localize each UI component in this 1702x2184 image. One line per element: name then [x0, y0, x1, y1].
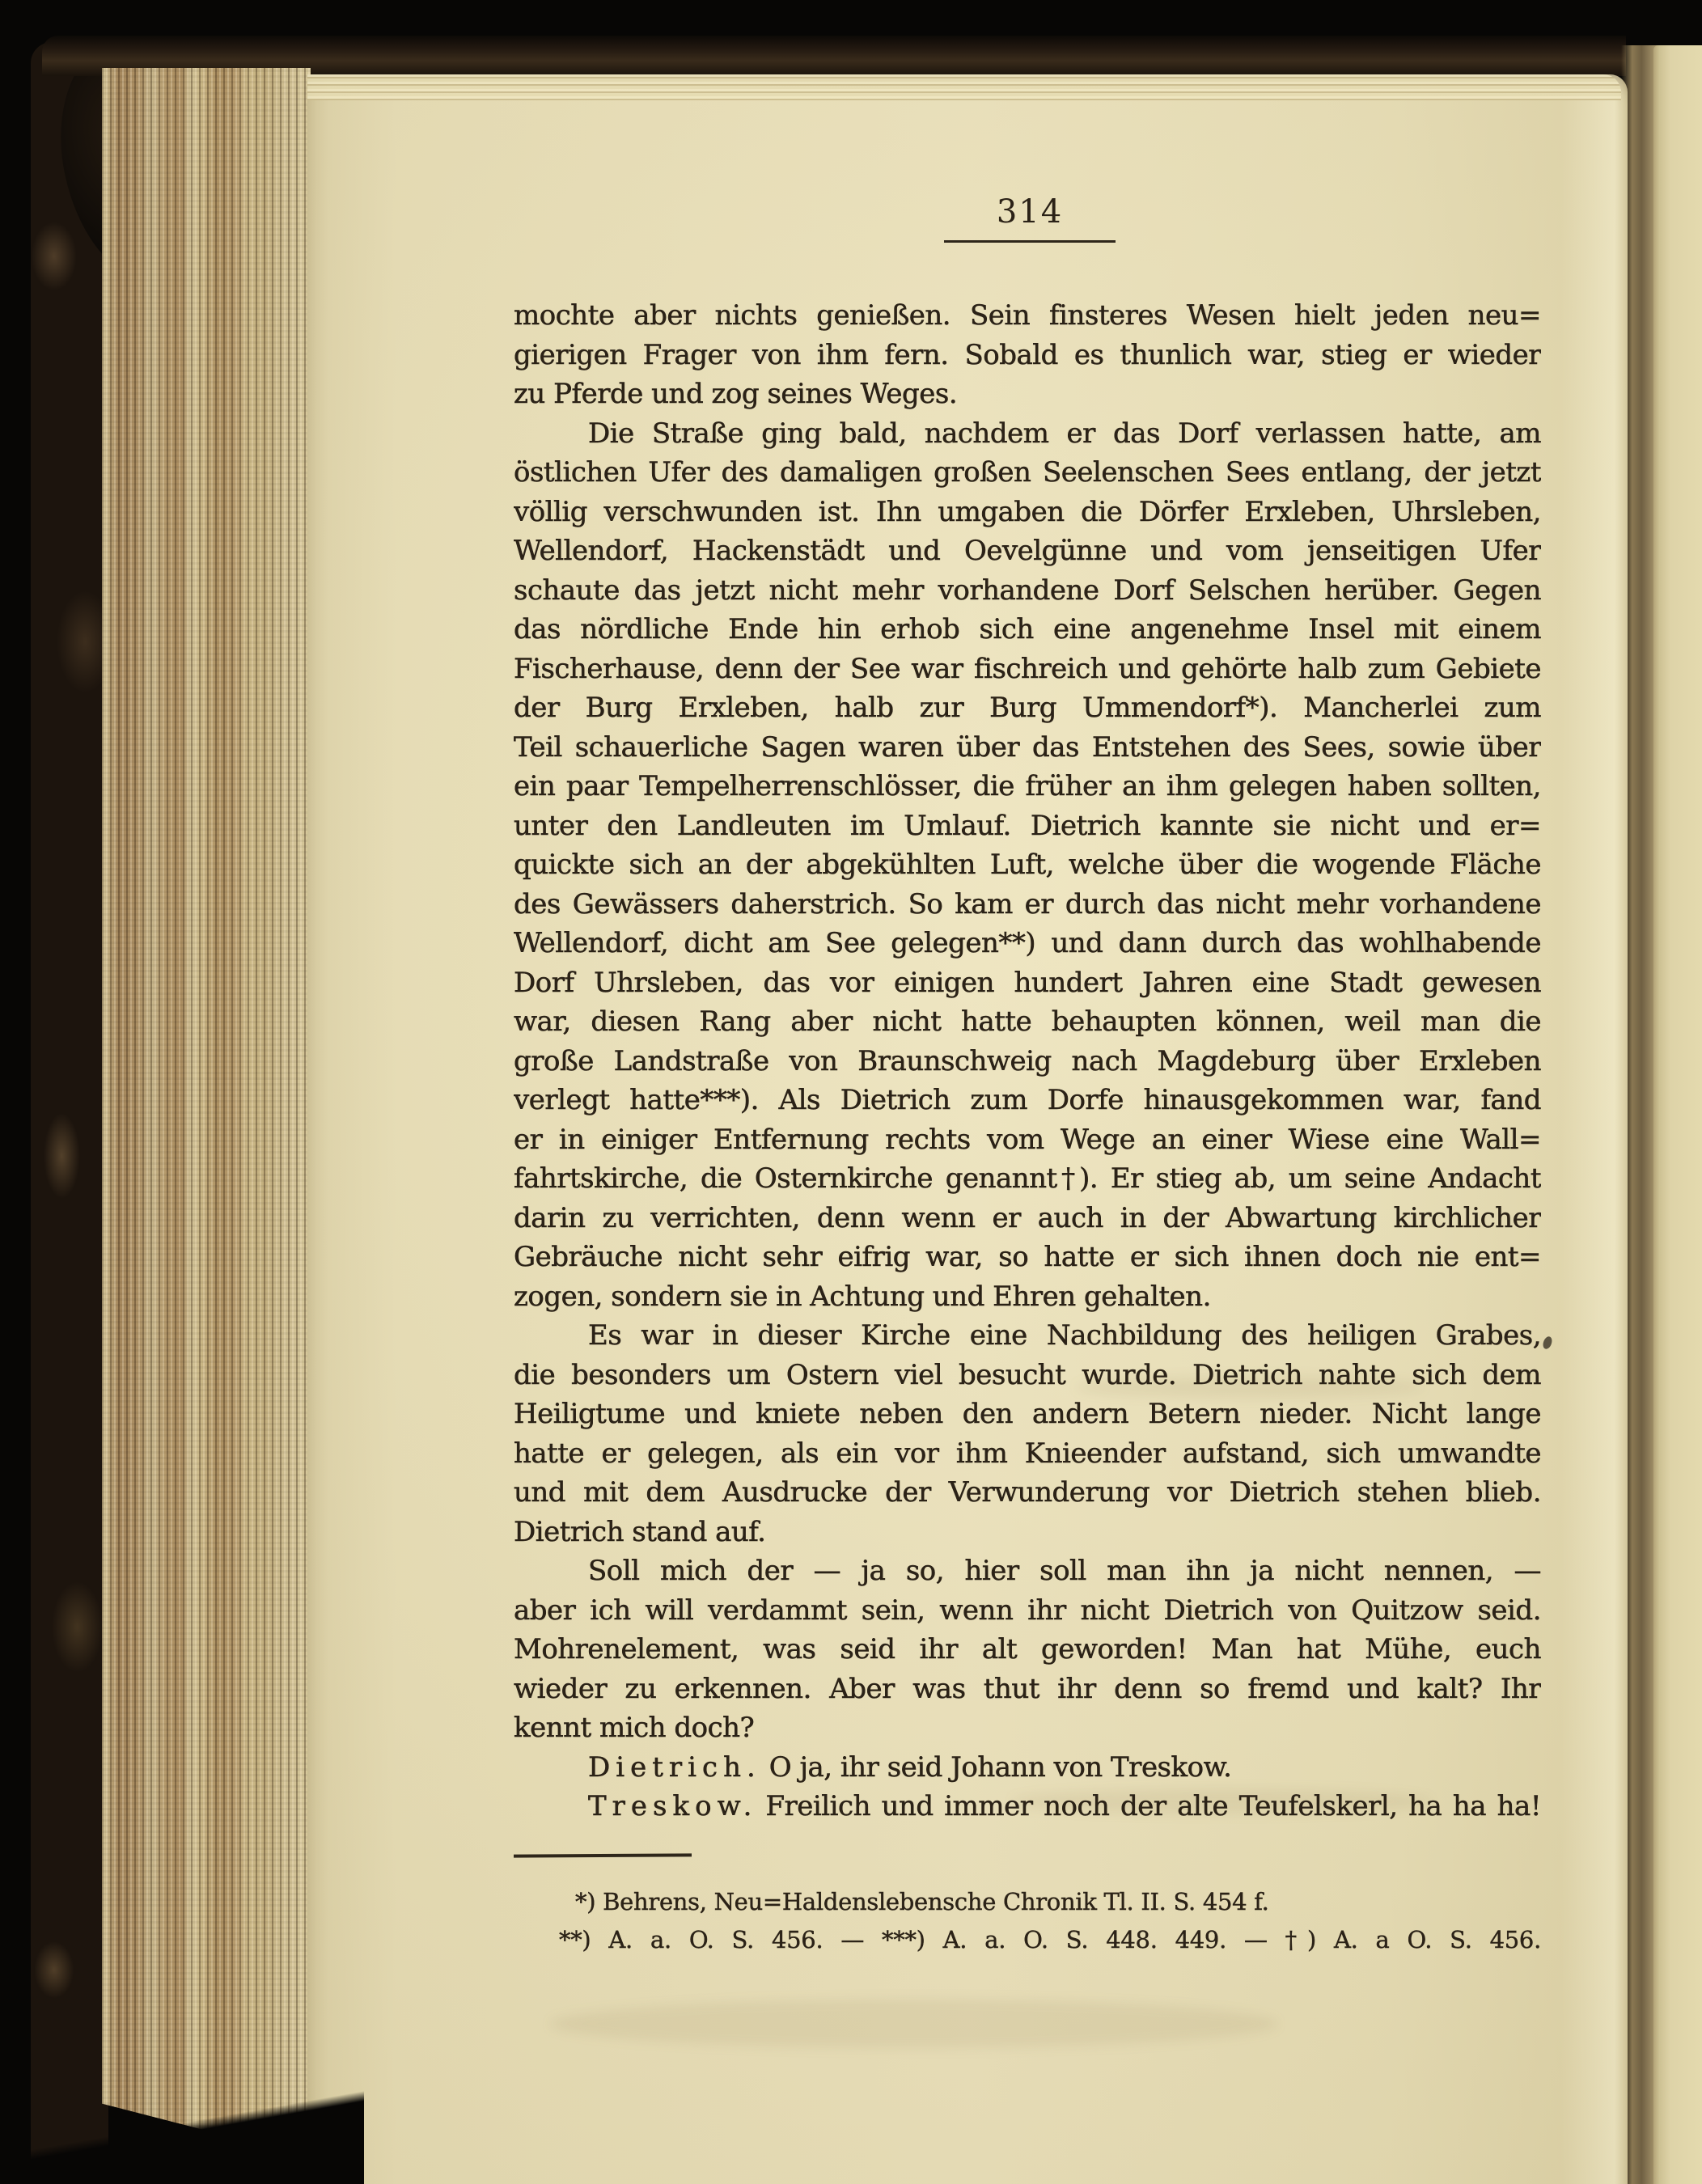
- body-text: mochte aber nichts genießen. Sein finste…: [514, 296, 1541, 1826]
- text-line: Teil schauerliche Sagen waren über das E…: [514, 728, 1541, 768]
- photo-background-corner: [0, 2079, 364, 2184]
- show-through-smudge: [550, 2000, 1278, 2048]
- text-line: das nördliche Ende hin erhob sich eine a…: [514, 610, 1541, 650]
- footnote-line: **) A. a. O. S. 456. — ***) A. a. O. S. …: [514, 1921, 1541, 1959]
- speaker-name: Treskow.: [588, 1790, 757, 1822]
- text-line: Es war in dieser Kirche eine Nachbildung…: [514, 1316, 1541, 1356]
- text-line: Soll mich der — ja so, hier soll man ihn…: [514, 1551, 1541, 1591]
- text-line: unter den Landleuten im Umlauf. Dietrich…: [514, 806, 1541, 846]
- text-line: fahrtskirche, die Osternkirche genannt†)…: [514, 1159, 1541, 1199]
- footnote-separator: [514, 1853, 692, 1857]
- text-line: Dietrich stand auf.: [514, 1513, 1541, 1552]
- text-line: Fischerhause, denn der See war fischreic…: [514, 650, 1541, 689]
- speaker-name: Dietrich.: [588, 1751, 761, 1784]
- text-line: die besonders um Ostern viel besucht wur…: [514, 1356, 1541, 1395]
- text-line: verlegt hatte***). Als Dietrich zum Dorf…: [514, 1081, 1541, 1120]
- text-line: aber ich will verdammt sein, wenn ihr ni…: [514, 1591, 1541, 1631]
- text-line: quickte sich an der abgekühlten Luft, we…: [514, 845, 1541, 885]
- text-line: kennt mich doch?: [514, 1708, 1541, 1748]
- text-line: Dorf Uhrsleben, das vor einigen hundert …: [514, 963, 1541, 1003]
- text-line: Wellendorf, dicht am See gelegen**) und …: [514, 924, 1541, 963]
- book-cover-edge: [31, 42, 108, 2184]
- text-line: Dietrich.O ja, ihr seid Johann von Tresk…: [514, 1748, 1541, 1788]
- text-line: mochte aber nichts genießen. Sein finste…: [514, 296, 1541, 336]
- scanned-book-page-photo: 314 mochte aber nichts genießen. Sein fi…: [0, 0, 1702, 2184]
- text-line: der Burg Erxleben, halb zur Burg Ummendo…: [514, 688, 1541, 728]
- text-line: er in einiger Entfernung rechts vom Wege…: [514, 1120, 1541, 1160]
- text-line: ein paar Tempelherrenschlösser, die früh…: [514, 767, 1541, 806]
- page-fore-edge-stack: [102, 68, 311, 2184]
- text-line: große Landstraße von Braunschweig nach M…: [514, 1042, 1541, 1081]
- text-line: Heiligtume und kniete neben den andern B…: [514, 1395, 1541, 1434]
- text-line: östlichen Ufer des damaligen großen Seel…: [514, 453, 1541, 493]
- text-line: war, diesen Rang aber nicht hatte behaup…: [514, 1002, 1541, 1042]
- text-line: zu Pferde und zog seines Weges.: [514, 375, 1541, 414]
- footnote-line: *) Behrens, Neu=Haldenslebensche Chronik…: [514, 1883, 1541, 1921]
- text-line: Gebräuche nicht sehr eifrig war, so hatt…: [514, 1238, 1541, 1277]
- text-line: und mit dem Ausdrucke der Verwunderung v…: [514, 1473, 1541, 1513]
- page-number: 314: [933, 194, 1127, 230]
- footnotes: *) Behrens, Neu=Haldenslebensche Chronik…: [514, 1883, 1541, 1959]
- page-number-underline: [944, 240, 1116, 243]
- page-number-block: 314: [933, 194, 1127, 243]
- text-line: des Gewässers daherstrich. So kam er dur…: [514, 885, 1541, 925]
- speech-text: O ja, ihr seid Johann von Treskow.: [769, 1751, 1232, 1784]
- text-line: Die Straße ging bald, nachdem er das Dor…: [514, 414, 1541, 454]
- text-line: Treskow.Freilich und immer noch der alte…: [514, 1787, 1541, 1826]
- text-line: völlig verschwunden ist. Ihn umgaben die…: [514, 493, 1541, 532]
- text-line: zogen, sondern sie in Achtung und Ehren …: [514, 1277, 1541, 1317]
- next-page-edge: [1653, 45, 1702, 2184]
- text-line: gierigen Frager von ihm fern. Sobald es …: [514, 336, 1541, 375]
- book-page: 314 mochte aber nichts genießen. Sein fi…: [307, 74, 1628, 2184]
- text-line: Mohrenelement, was seid ihr alt geworden…: [514, 1630, 1541, 1670]
- ink-speck: [1542, 1335, 1554, 1350]
- text-line: Wellendorf, Hackenstädt und Oevelgünne u…: [514, 531, 1541, 571]
- text-line: schaute das jetzt nicht mehr vorhandene …: [514, 571, 1541, 611]
- text-line: darin zu verrichten, denn wenn er auch i…: [514, 1199, 1541, 1238]
- speech-text: Freilich und immer noch der alte Teufels…: [765, 1790, 1541, 1822]
- text-line: hatte er gelegen, als ein vor ihm Knieen…: [514, 1434, 1541, 1474]
- text-line: wieder zu erkennen. Aber was thut ihr de…: [514, 1670, 1541, 1709]
